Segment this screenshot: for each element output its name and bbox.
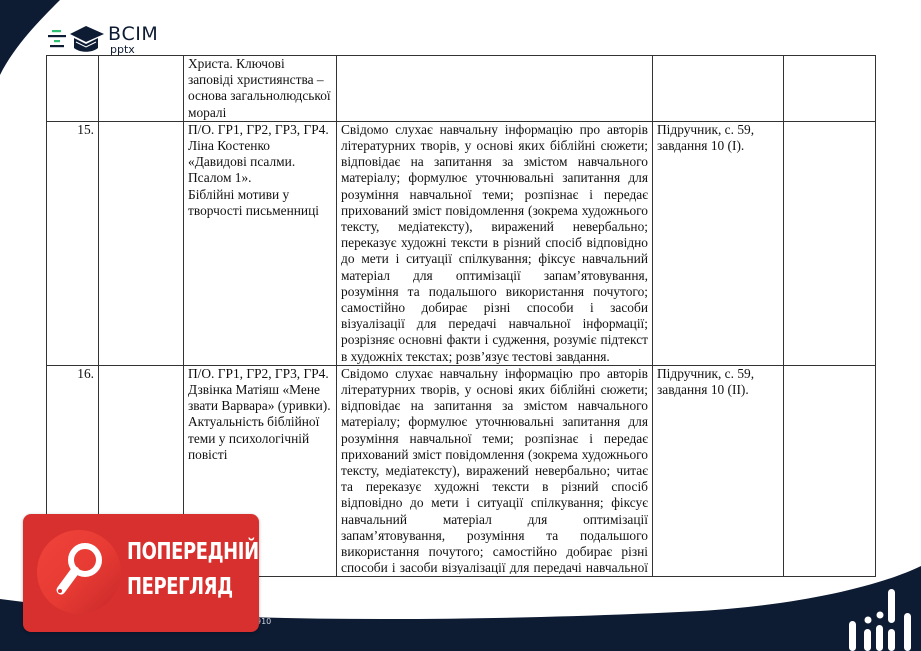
notes-cell [784,56,876,122]
row-number [47,56,99,122]
topic-cell: П/О. ГР1, ГР2, ГР3, ГР4. Ліна Костенко «… [184,121,337,365]
curriculum-table: Христа. Ключові заповіді християнства – … [46,55,876,577]
homework-cell [653,56,784,122]
magnifier-icon [37,530,121,614]
hours-cell [99,56,184,122]
outcomes-cell: Свідомо слухає навчальну інформацію про … [337,121,653,365]
homework-cell: Підручник, с. 59, завдання 10 (І). [653,121,784,365]
logo-name: ВСІМ [108,23,158,45]
preview-badge[interactable]: ПОПЕРЕДНІЙ ПЕРЕГЛЯД [23,514,259,632]
table-row: Христа. Ключові заповіді християнства – … [47,56,876,122]
graduation-cap-icon [48,22,106,56]
magnifier-circle [37,530,121,614]
notes-cell [784,121,876,365]
hours-cell [99,121,184,365]
row-number: 15. [47,121,99,365]
logo: ВСІМ pptx [48,22,168,56]
topic-cell: Христа. Ключові заповіді християнства – … [184,56,337,122]
equalizer-decoration-icon [848,583,918,651]
outcomes-cell [337,56,653,122]
preview-label: ПОПЕРЕДНІЙ ПЕРЕГЛЯД [127,535,228,605]
table-row: 15. П/О. ГР1, ГР2, ГР3, ГР4. Ліна Костен… [47,121,876,365]
